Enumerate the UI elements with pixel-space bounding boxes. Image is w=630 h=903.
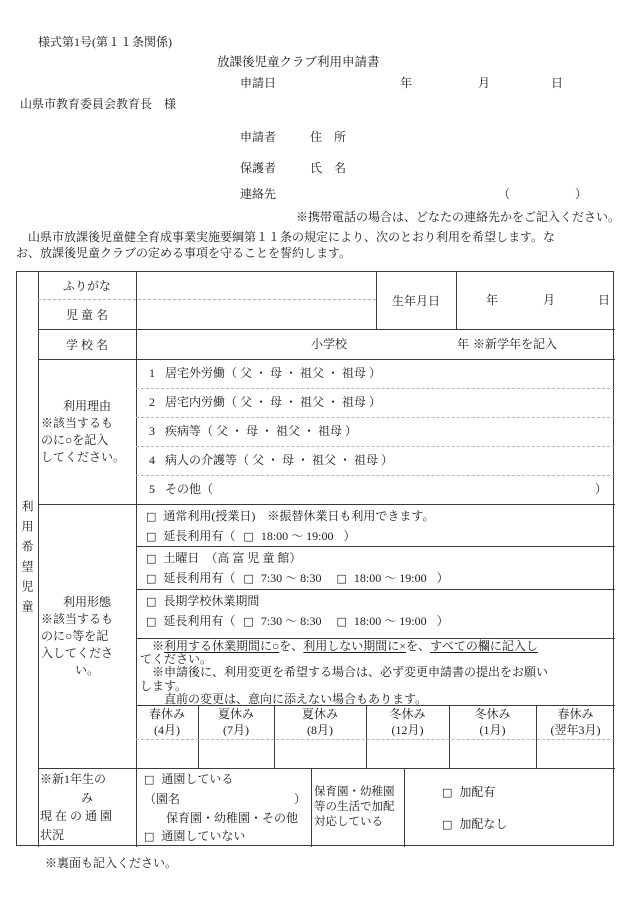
checkbox-morning-time[interactable]: □ <box>243 612 253 632</box>
usage-label-line: 入してくださ <box>41 645 133 662</box>
reason-label-line: ※該当するも <box>41 415 133 432</box>
school-grade-note: ※新学年を記入 <box>473 329 557 359</box>
guardian-label: 保護者 <box>240 159 276 176</box>
group-label-riyou-kibou-jidou: 利用希望児童 <box>17 272 38 847</box>
garden-name-open: （園名 <box>144 792 180 806</box>
usage-notes: ※利用する休業期間に○を、利用しない期間に×を、すべての欄に記入し てください。… <box>136 638 615 705</box>
season-month: (翌年3月) <box>536 723 615 739</box>
checkbox-evening-time[interactable]: □ <box>337 569 347 589</box>
season-entry-cell[interactable] <box>366 739 449 768</box>
usage-saturday-text: 土曜日 （高 富 児 童 館） <box>163 551 301 565</box>
usage-normal-line1: □通常利用(授業日) ※振替休業日も利用できます。 <box>146 507 615 527</box>
child-name-label: 児 童 名 <box>38 299 136 329</box>
enrollment-not-attends-line: □通園していない <box>136 827 311 847</box>
reason-label: 利用理由 ※該当するも のに○を記入 してください。 <box>38 359 136 504</box>
usage-label-line: ※該当するも <box>41 611 133 628</box>
reason-label-line: 利用理由 <box>41 398 133 415</box>
reason-label-line: のに○を記入 <box>41 432 133 449</box>
note-text: を、 <box>279 639 303 653</box>
checkbox-not-attends[interactable]: □ <box>144 828 154 847</box>
application-table: 利用希望児童 ふりがな 児 童 名 生年月日 年 月 日 学 校 名 小学校 年… <box>16 271 614 846</box>
addressee: 山県市教育委員会教育長 様 <box>20 95 176 112</box>
birth-year-label: 年 <box>486 272 498 329</box>
application-date-year: 年 <box>400 74 412 91</box>
applicant-label: 申請者 <box>240 128 276 145</box>
phone-note: ※携帯電話の場合は、どなたの連絡先かをご記入ください。 <box>296 208 620 225</box>
checkbox-saturday[interactable]: □ <box>146 549 156 569</box>
furigana-label: ふりがな <box>38 272 136 299</box>
reason-number: 1 <box>149 359 155 388</box>
birth-day-label: 日 <box>598 272 610 329</box>
kahai-no-line: □加配なし <box>442 815 615 832</box>
pledge-line-1: 山県市放課後児童健全育成事業実施要綱第１１条の規定により、次のとおり利用を希望し… <box>16 229 622 245</box>
garden-name-close: ） <box>294 790 306 809</box>
reason-label-line: してください。 <box>41 449 133 466</box>
note-line-3: ※申請後に、利用変更を希望する場合は、必ず変更申請書の提出をお願い <box>140 666 611 679</box>
reason-text: 居宅外労働（ 父 ・ 母 ・ 祖父 ・ 祖母 ） <box>165 366 381 380</box>
form-number: 様式第1号(第１１条関係) <box>38 33 172 50</box>
usage-normal-line2: □延長利用有（□18:00 ～ 19:00） <box>146 527 615 547</box>
season-month: (7月) <box>198 723 274 739</box>
school-label: 学 校 名 <box>38 329 136 359</box>
reason-text: 病人の介護等（ 父 ・ 母 ・ 祖父 ・ 祖母 ） <box>165 453 393 467</box>
contact-label: 連絡先 <box>240 185 276 202</box>
season-entry-cell[interactable] <box>449 739 536 768</box>
birthdate-field[interactable]: 年 月 日 <box>456 272 616 329</box>
checkbox-morning-time[interactable]: □ <box>243 569 253 589</box>
checkbox-saturday-extension[interactable]: □ <box>146 569 156 589</box>
season-month: (12月) <box>366 723 449 739</box>
enrollment-attends-line: □通園している <box>136 770 311 790</box>
garden-types-line: 保育園・幼稚園・その他 <box>136 809 311 828</box>
pledge-paragraph: 山県市放課後児童健全育成事業実施要綱第１１条の規定により、次のとおり利用を希望し… <box>16 229 622 261</box>
extension-label: 延長利用有（ <box>163 529 235 543</box>
footer-note: ※裏面も記入ください。 <box>45 854 177 871</box>
pledge-line-2: お、放課後児童クラブの定める事項を守ることを誓約します。 <box>16 245 622 261</box>
season-month: (8月) <box>274 723 366 739</box>
application-form-page: 様式第1号(第１１条関係) 放課後児童クラブ利用申請書 申請日 年 月 日 山県… <box>0 0 630 903</box>
checkbox-kahai-yes[interactable]: □ <box>442 786 452 799</box>
season-entry-cell[interactable] <box>274 739 366 768</box>
page-title: 放課後児童クラブ利用申請書 <box>217 52 380 70</box>
usage-saturday-block: □土曜日 （高 富 児 童 館） □延長利用有（□7:30 ～ 8:30□18:… <box>136 546 615 589</box>
season-name: 夏休み <box>198 707 274 723</box>
enrollment-label-line: 現 在 の 通 園 <box>40 807 134 826</box>
attends-text: 通園している <box>161 772 233 786</box>
season-name: 夏休み <box>274 707 366 723</box>
usage-normal-text: 通常利用(授業日) ※振替休業日も利用できます。 <box>163 509 434 523</box>
reason-item-1: 1居宅外労働（ 父 ・ 母 ・ 祖父 ・ 祖母 ） <box>136 359 615 388</box>
usage-vacation-line1: □長期学校休業期間 <box>146 592 615 612</box>
application-date-month: 月 <box>478 74 490 91</box>
reason-text: 居宅内労働（ 父 ・ 母 ・ 祖父 ・ 祖母 ） <box>165 395 381 409</box>
season-header-winter-dec: 冬休み (12月) <box>366 705 449 739</box>
season-name: 冬休み <box>449 707 536 723</box>
checkbox-vacation[interactable]: □ <box>146 592 156 612</box>
address-label: 住 所 <box>310 128 346 145</box>
reason-tail: ） <box>595 475 607 504</box>
enrollment-label-line: み <box>40 789 134 808</box>
furigana-field[interactable] <box>136 272 376 299</box>
season-name: 春休み <box>536 707 615 723</box>
usage-vacation-text: 長期学校休業期間 <box>163 594 259 608</box>
contact-paren-open: （ <box>498 185 510 202</box>
morning-time: 7:30 ～ 8:30 <box>261 571 322 585</box>
usage-vacation-line2: □延長利用有（□7:30 ～ 8:30□18:00 ～ 19:00） <box>146 612 615 632</box>
reason-text: 疾病等（ 父 ・ 母 ・ 祖父 ・ 祖母 ） <box>165 424 357 438</box>
extension-label: 延長利用有（ <box>163 614 235 628</box>
reason-item-2: 2居宅内労働（ 父 ・ 母 ・ 祖父 ・ 祖母 ） <box>136 388 615 417</box>
close-paren: ） <box>344 529 356 543</box>
season-month: (1月) <box>449 723 536 739</box>
close-paren: ） <box>437 571 449 585</box>
garden-name-line: （園名） <box>136 790 311 809</box>
school-grade-label: 年 <box>457 329 469 359</box>
usage-saturday-line2: □延長利用有（□7:30 ～ 8:30□18:00 ～ 19:00） <box>146 569 615 589</box>
note-underlined: 利用する休業期間に○ <box>164 639 279 653</box>
close-paren: ） <box>437 614 449 628</box>
not-attends-text: 通園していない <box>161 829 245 843</box>
usage-normal-block: □通常利用(授業日) ※振替休業日も利用できます。 □延長利用有（□18:00 … <box>136 504 615 546</box>
reason-item-5: 5その他（） <box>136 475 615 504</box>
evening-time: 18:00 ～ 19:00 <box>354 571 427 585</box>
kahai-yes-text: 加配有 <box>459 785 495 799</box>
contact-paren-close: ） <box>575 185 587 202</box>
season-entry-cell[interactable] <box>136 739 198 768</box>
reason-number: 4 <box>149 446 155 475</box>
enrollment-label-line: ※新1年生の <box>40 770 134 789</box>
note-underlined: 利用しない期間に× <box>303 639 406 653</box>
reason-text: その他（ <box>165 482 213 496</box>
application-date-label: 申請日 <box>240 74 276 91</box>
birthdate-label: 生年月日 <box>376 272 456 329</box>
evening-time: 18:00 ～ 19:00 <box>261 529 334 543</box>
school-name-suffix: 小学校 <box>311 329 347 359</box>
note-line-4: します。 <box>140 680 611 693</box>
season-header-summer-jul: 夏休み (7月) <box>198 705 274 739</box>
usage-saturday-line1: □土曜日 （高 富 児 童 館） <box>146 549 615 569</box>
enrollment-label-line: 状況 <box>40 826 134 845</box>
usage-label-line: 利用形態 <box>41 594 133 611</box>
usage-label-line: い。 <box>41 662 133 679</box>
usage-label: 利用形態 ※該当するも のに○等を記 入してくださ い。 <box>38 504 136 768</box>
season-entry-cell[interactable] <box>536 739 615 768</box>
reason-item-3: 3疾病等（ 父 ・ 母 ・ 祖父 ・ 祖母 ） <box>136 417 615 446</box>
checkbox-evening-time[interactable]: □ <box>243 527 253 547</box>
reason-number: 3 <box>149 417 155 446</box>
extension-label: 延長利用有（ <box>163 571 235 585</box>
evening-time: 18:00 ～ 19:00 <box>354 614 427 628</box>
school-field[interactable]: 小学校 年 ※新学年を記入 <box>136 329 615 359</box>
season-header-spring-apr: 春休み (4月) <box>136 705 198 739</box>
reason-item-4: 4病人の介護等（ 父 ・ 母 ・ 祖父 ・ 祖母 ） <box>136 446 615 475</box>
note-underlined: すべての欄に記入し <box>430 639 538 653</box>
reason-number: 5 <box>149 475 155 504</box>
reason-number: 2 <box>149 388 155 417</box>
checkbox-vacation-extension[interactable]: □ <box>146 612 156 632</box>
checkbox-evening-time[interactable]: □ <box>337 612 347 632</box>
usage-vacation-block: □長期学校休業期間 □延長利用有（□7:30 ～ 8:30□18:00 ～ 19… <box>136 589 615 638</box>
kahai-yes-line: □加配有 <box>442 783 615 800</box>
kahai-options: □加配有 □加配なし <box>404 768 615 847</box>
kahai-description: 保育園・幼稚園等の生活で加配対応している <box>311 768 404 847</box>
enrollment-label: ※新1年生の み 現 在 の 通 園 状況 <box>38 768 136 847</box>
morning-time: 7:30 ～ 8:30 <box>261 614 322 628</box>
child-name-field[interactable] <box>136 299 376 329</box>
season-header-spring-mar: 春休み (翌年3月) <box>536 705 615 739</box>
note-text: を、 <box>406 639 430 653</box>
checkbox-normal-use[interactable]: □ <box>146 507 156 527</box>
guardian-name-label: 氏 名 <box>310 159 346 176</box>
application-date-day: 日 <box>551 74 563 91</box>
season-month: (4月) <box>136 723 198 739</box>
kahai-no-text: 加配なし <box>459 817 507 831</box>
checkbox-kahai-no[interactable]: □ <box>442 818 452 831</box>
season-name: 春休み <box>136 707 198 723</box>
checkbox-normal-extension[interactable]: □ <box>146 527 156 547</box>
season-header-summer-aug: 夏休み (8月) <box>274 705 366 739</box>
season-header-winter-jan: 冬休み (1月) <box>449 705 536 739</box>
enrollment-options: □通園している （園名） 保育園・幼稚園・その他 □通園していない <box>136 768 311 847</box>
season-entry-cell[interactable] <box>198 739 274 768</box>
checkbox-attends[interactable]: □ <box>144 771 154 790</box>
note-text: ※ <box>140 639 164 653</box>
usage-label-line: のに○等を記 <box>41 628 133 645</box>
birth-month-label: 月 <box>543 272 555 329</box>
season-name: 冬休み <box>366 707 449 723</box>
